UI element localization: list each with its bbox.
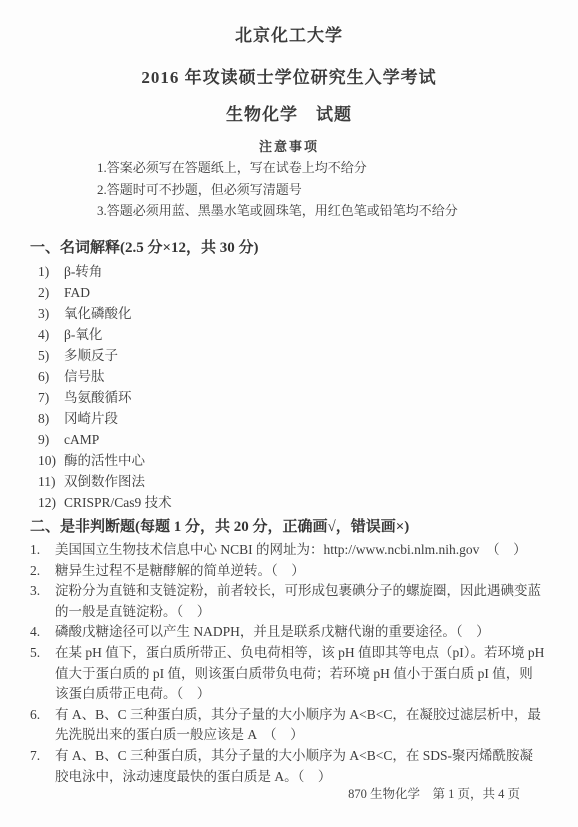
true-false-item: 2.糖异生过程不是糖酵解的简单逆转。（ ） <box>30 561 545 582</box>
exam-header: 北京化工大学 2016 年攻读硕士学位研究生入学考试 生物化学 试题 <box>0 26 578 125</box>
exam-title: 2016 年攻读硕士学位研究生入学考试 <box>0 68 578 88</box>
footer-text: 870 生物化学 第 1 页，共 4 页 <box>348 787 520 801</box>
item-text: FAD <box>64 282 548 303</box>
exam-paper-page: 北京化工大学 2016 年攻读硕士学位研究生入学考试 生物化学 试题 注意事项 … <box>0 0 578 827</box>
notice-item-2: 2.答题时可不抄题，但必须写清题号 <box>97 179 548 201</box>
item-text: 多顺反子 <box>64 345 548 366</box>
item-number: 8) <box>38 408 64 429</box>
section1-heading: 一、名词解释(2.5 分×12，共 30 分) <box>30 238 578 258</box>
definition-item: 8)冈崎片段 <box>38 408 548 429</box>
item-number: 4) <box>38 324 64 345</box>
definition-item: 3)氧化磷酸化 <box>38 303 548 324</box>
item-text: CRISPR/Cas9 技术 <box>64 492 548 513</box>
true-false-item: 1.美国国立生物技术信息中心 NCBI 的网址为：http://www.ncbi… <box>30 540 545 561</box>
definition-item: 6)信号肽 <box>38 366 548 387</box>
definition-item: 2)FAD <box>38 282 548 303</box>
item-number: 7. <box>30 746 55 787</box>
item-text: 有 A、B、C 三种蛋白质，其分子量的大小顺序为 A<B<C，在 SDS-聚丙烯… <box>55 746 545 787</box>
definition-item: 11)双倒数作图法 <box>38 471 548 492</box>
item-number: 12) <box>38 492 64 513</box>
true-false-item: 4.磷酸戊糖途径可以产生 NADPH，并且是联系戊糖代谢的重要途径。（ ） <box>30 622 545 643</box>
item-text: β-氧化 <box>64 324 548 345</box>
true-false-list: 1.美国国立生物技术信息中心 NCBI 的网址为：http://www.ncbi… <box>30 540 545 787</box>
university-title: 北京化工大学 <box>0 26 578 46</box>
definition-item: 12)CRISPR/Cas9 技术 <box>38 492 548 513</box>
definition-item: 7)鸟氨酸循环 <box>38 387 548 408</box>
definition-list: 1)β-转角 2)FAD 3)氧化磷酸化 4)β-氧化 5)多顺反子 6)信号肽… <box>38 261 548 513</box>
item-number: 9) <box>38 429 64 450</box>
item-number: 6. <box>30 705 55 746</box>
item-text: 在某 pH 值下，蛋白质所带正、负电荷相等，该 pH 值即其等电点（pI）。若环… <box>55 643 545 705</box>
item-number: 11) <box>38 471 64 492</box>
true-false-item: 7.有 A、B、C 三种蛋白质，其分子量的大小顺序为 A<B<C，在 SDS-聚… <box>30 746 545 787</box>
item-number: 2. <box>30 561 55 582</box>
notice-heading: 注意事项 <box>0 139 578 155</box>
item-text: 美国国立生物技术信息中心 NCBI 的网址为：http://www.ncbi.n… <box>55 540 545 561</box>
item-text: 淀粉分为直链和支链淀粉，前者较长，可形成包裹碘分子的螺旋圈，因此遇碘变蓝的一般是… <box>55 581 545 622</box>
true-false-item: 3.淀粉分为直链和支链淀粉，前者较长，可形成包裹碘分子的螺旋圈，因此遇碘变蓝的一… <box>30 581 545 622</box>
item-number: 3. <box>30 581 55 622</box>
section2-heading: 二、是非判断题(每题 1 分，共 20 分，正确画√，错误画×) <box>30 517 578 537</box>
item-text: 冈崎片段 <box>64 408 548 429</box>
item-text: 糖异生过程不是糖酵解的简单逆转。（ ） <box>55 561 545 582</box>
section-true-false: 二、是非判断题(每题 1 分，共 20 分，正确画√，错误画×) 1.美国国立生… <box>0 517 578 788</box>
definition-item: 4)β-氧化 <box>38 324 548 345</box>
item-number: 1. <box>30 540 55 561</box>
definition-item: 5)多顺反子 <box>38 345 548 366</box>
definition-item: 9)cAMP <box>38 429 548 450</box>
item-number: 7) <box>38 387 64 408</box>
item-text: 氧化磷酸化 <box>64 303 548 324</box>
true-false-item: 6.有 A、B、C 三种蛋白质，其分子量的大小顺序为 A<B<C，在凝胶过滤层析… <box>30 705 545 746</box>
page-footer: 870 生物化学 第 1 页，共 4 页 <box>348 786 520 802</box>
item-number: 10) <box>38 450 64 471</box>
item-number: 1) <box>38 261 64 282</box>
definition-item: 10)酶的活性中心 <box>38 450 548 471</box>
item-number: 4. <box>30 622 55 643</box>
item-text: 有 A、B、C 三种蛋白质，其分子量的大小顺序为 A<B<C，在凝胶过滤层析中，… <box>55 705 545 746</box>
item-text: 鸟氨酸循环 <box>64 387 548 408</box>
item-number: 6) <box>38 366 64 387</box>
item-text: cAMP <box>64 429 548 450</box>
item-number: 3) <box>38 303 64 324</box>
item-text: 磷酸戊糖途径可以产生 NADPH，并且是联系戊糖代谢的重要途径。（ ） <box>55 622 545 643</box>
true-false-item: 5.在某 pH 值下，蛋白质所带正、负电荷相等，该 pH 值即其等电点（pI）。… <box>30 643 545 705</box>
notice-item-3: 3.答题必须用蓝、黑墨水笔或圆珠笔，用红色笔或铅笔均不给分 <box>97 200 548 222</box>
item-number: 2) <box>38 282 64 303</box>
item-number: 5) <box>38 345 64 366</box>
section-term-definitions: 一、名词解释(2.5 分×12，共 30 分) 1)β-转角 2)FAD 3)氧… <box>0 238 578 513</box>
item-text: 双倒数作图法 <box>64 471 548 492</box>
item-text: 酶的活性中心 <box>64 450 548 471</box>
notice-lines: 1.答案必须写在答题纸上，写在试卷上均不给分 2.答题时可不抄题，但必须写清题号… <box>97 157 548 222</box>
item-text: 信号肽 <box>64 366 548 387</box>
notice-item-1: 1.答案必须写在答题纸上，写在试卷上均不给分 <box>97 157 548 179</box>
subject-title: 生物化学 试题 <box>0 105 578 125</box>
item-text: β-转角 <box>64 261 548 282</box>
notice-section: 注意事项 1.答案必须写在答题纸上，写在试卷上均不给分 2.答题时可不抄题，但必… <box>0 139 578 222</box>
definition-item: 1)β-转角 <box>38 261 548 282</box>
item-number: 5. <box>30 643 55 705</box>
